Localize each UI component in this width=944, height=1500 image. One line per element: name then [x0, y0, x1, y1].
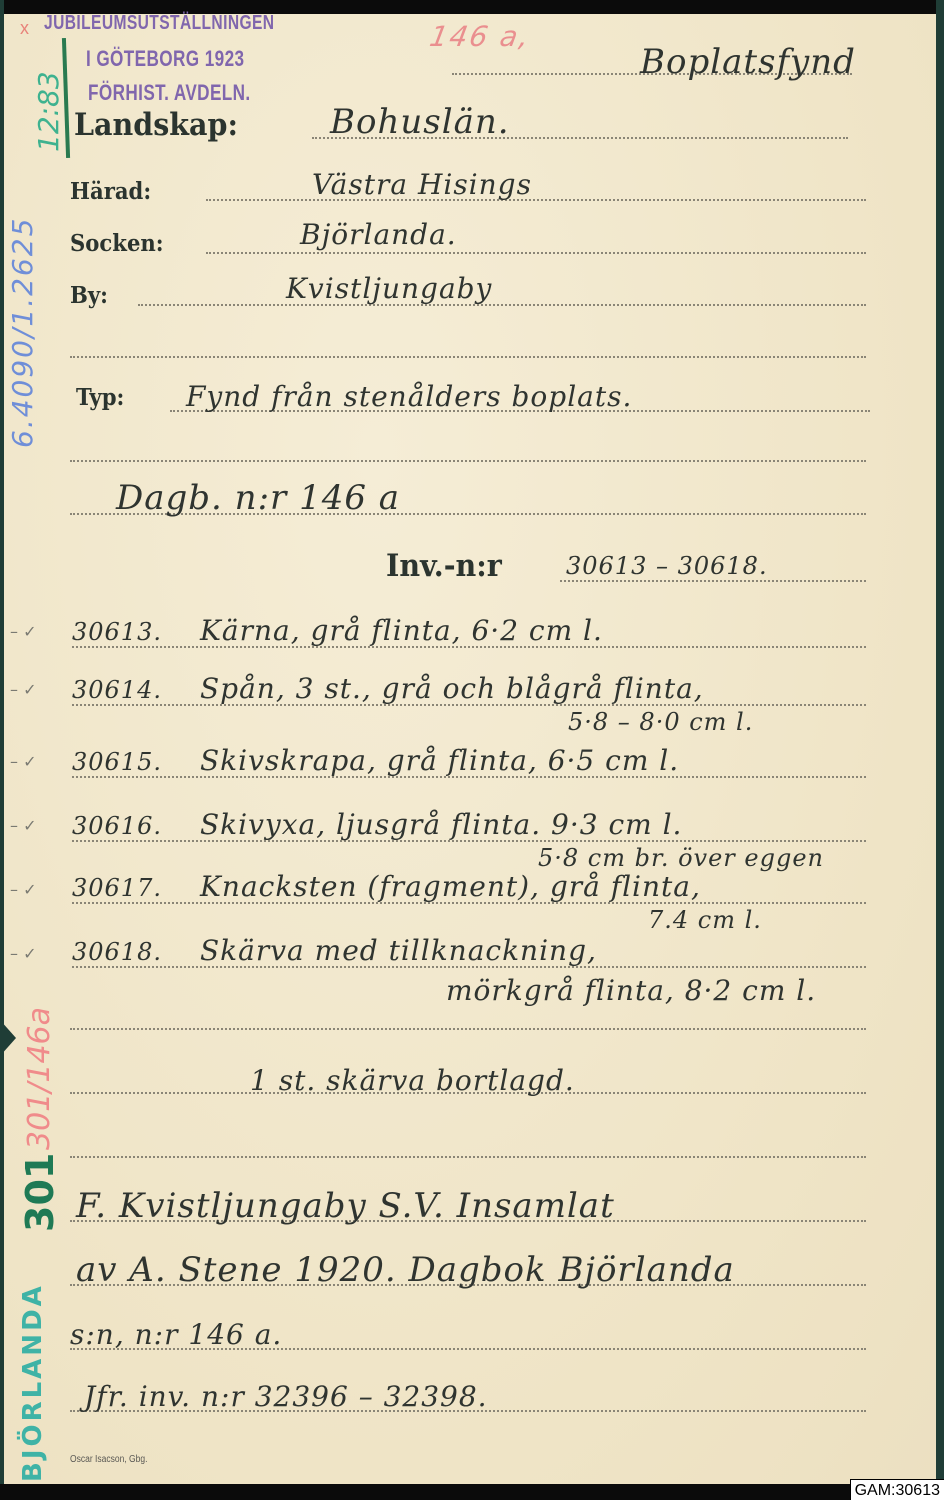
notes-line2: av A. Stene 1920. Dagbok Björlanda: [76, 1250, 735, 1290]
typ-value: Fynd från stenålders boplats.: [186, 380, 632, 413]
item-continuation: mörkgrå flinta, 8·2 cm l.: [446, 974, 816, 1007]
check-mark-icon: – ✓: [10, 880, 37, 899]
item-description: Knacksten (fragment), grå flinta,: [200, 870, 701, 903]
bjorlanda-side-stamp: BJÖRLANDA: [18, 1283, 48, 1482]
inventory-label: Inv.-n:r: [386, 548, 502, 584]
item-number: 30617.: [72, 874, 162, 902]
landskap-value: Bohuslän.: [330, 102, 510, 142]
check-mark-icon: – ✓: [10, 680, 37, 699]
dotted-line: [70, 1156, 866, 1158]
green-side-annotation: 12:83: [32, 71, 65, 152]
category-value: Boplatsfynd: [640, 42, 856, 82]
green-side-number: 301: [18, 1153, 62, 1232]
item-description: Skivyxa, ljusgrå flinta. 9·3 cm l.: [200, 808, 682, 841]
dotted-line: [206, 199, 866, 201]
red-x-mark: x: [20, 18, 29, 39]
dotted-line: [560, 580, 866, 582]
item-continuation: 5·8 cm br. över eggen: [538, 844, 824, 872]
printer-credit: Oscar Isacson, Gbg.: [70, 1454, 147, 1465]
notes-line1: F. Kvistljungaby S.V. Insamlat: [76, 1186, 615, 1226]
check-mark-icon: – ✓: [10, 816, 37, 835]
inventory-range: 30613 – 30618.: [566, 552, 768, 580]
item-number: 30618.: [72, 938, 162, 966]
check-mark-icon: – ✓: [10, 752, 37, 771]
item-description: Skivskrapa, grå flinta, 6·5 cm l.: [200, 744, 679, 777]
card-corner-notch: [0, 1020, 16, 1056]
landskap-label: Landskap:: [74, 107, 238, 143]
scan-bottom-border: [0, 1484, 944, 1500]
dotted-line: [70, 460, 866, 462]
dotted-line: [206, 252, 866, 254]
dagbok-number: Dagb. n:r 146 a: [116, 478, 400, 518]
socken-label: Socken:: [70, 230, 164, 257]
dotted-line: [138, 304, 866, 306]
typ-label: Typ:: [76, 384, 124, 411]
item-continuation: 7.4 cm l.: [648, 906, 762, 934]
item-description: Spån, 3 st., grå och blågrå flinta,: [200, 672, 704, 705]
scan-right-border: [936, 0, 944, 1500]
blue-side-annotation: 6.4090/1.2625: [6, 217, 39, 448]
exhibition-stamp-line1: JUBILEUMSUTSTÄLLNINGEN: [44, 12, 274, 35]
item-number: 30614.: [72, 676, 162, 704]
scan-left-border: [0, 0, 4, 1500]
removed-note: 1 st. skärva bortlagd.: [250, 1064, 575, 1097]
by-label: By:: [70, 282, 108, 309]
exhibition-stamp-line3: FÖRHIST. AVDELN.: [88, 80, 251, 106]
socken-value: Björlanda.: [300, 218, 457, 251]
item-number: 30615.: [72, 748, 162, 776]
dotted-line: [70, 356, 866, 358]
harad-value: Västra Hisings: [312, 168, 532, 201]
exhibition-stamp-line2: I GÖTEBORG 1923: [86, 46, 244, 72]
harad-label: Härad:: [70, 178, 151, 205]
item-description: Skärva med tillknackning,: [200, 934, 597, 967]
catalog-id-label: GAM:30613: [850, 1479, 944, 1500]
notes-line4: Jfr. inv. n:r 32396 – 32398.: [84, 1380, 488, 1413]
dotted-line: [70, 1028, 866, 1030]
item-number: 30613.: [72, 618, 162, 646]
check-mark-icon: – ✓: [10, 622, 37, 641]
notes-line3: s:n, n:r 146 a.: [70, 1318, 282, 1351]
item-number: 30616.: [72, 812, 162, 840]
item-description: Kärna, grå flinta, 6·2 cm l.: [200, 614, 603, 647]
check-mark-icon: – ✓: [10, 944, 37, 963]
item-continuation: 5·8 – 8·0 cm l.: [568, 708, 753, 736]
red-side-annotation: 301/146a: [22, 1007, 57, 1150]
by-value: Kvistljungaby: [286, 272, 492, 305]
red-top-number: 146 a,: [427, 20, 533, 53]
